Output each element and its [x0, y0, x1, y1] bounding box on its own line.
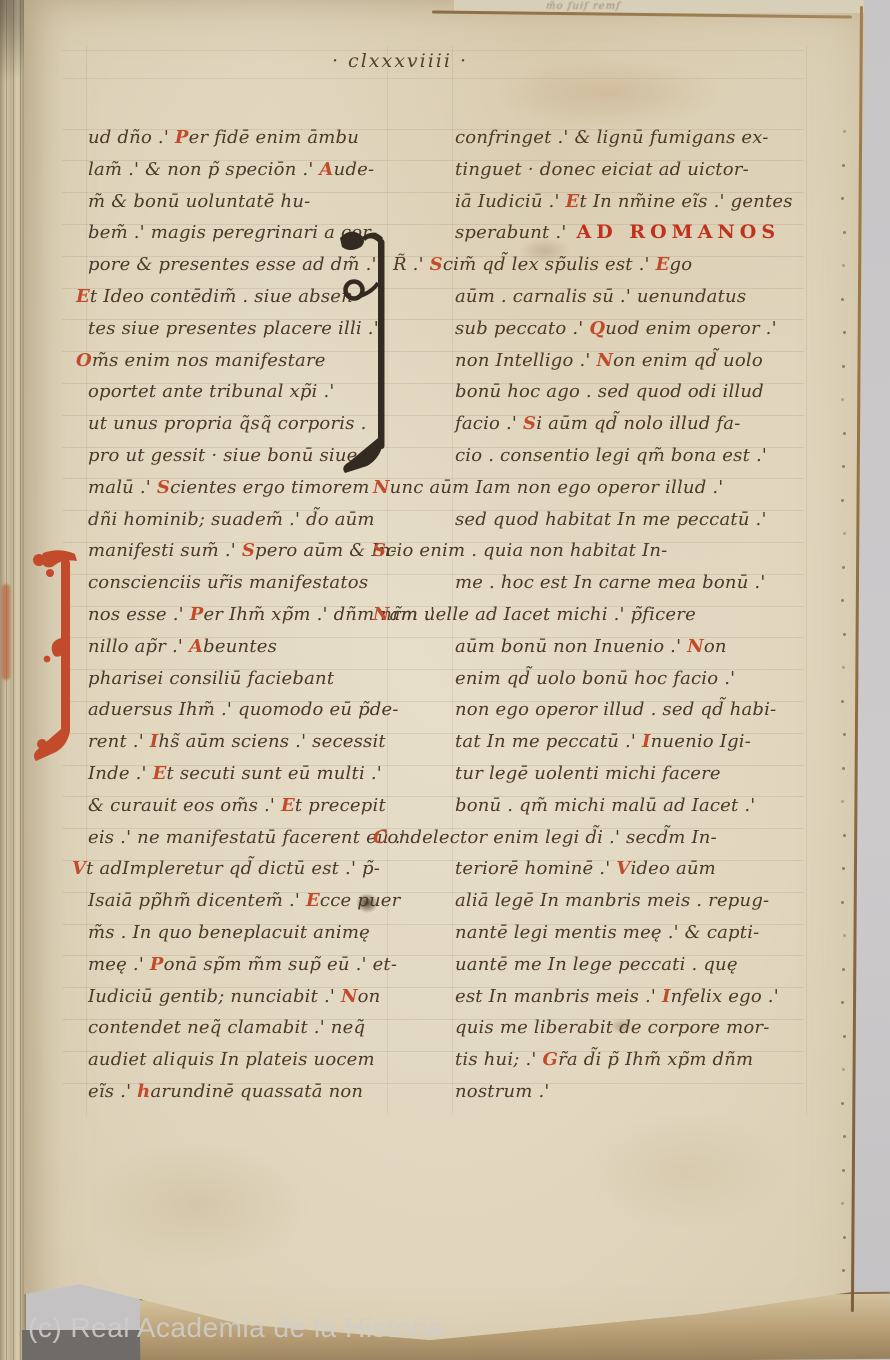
red-initial: h — [137, 1081, 150, 1102]
red-initial: S — [430, 254, 443, 275]
page-edge-seam — [6, 0, 7, 1360]
line-text: quis me liberabit de corpore mor- — [455, 1017, 769, 1038]
line-text: sed quod habitat In me peccatū .' — [455, 509, 767, 530]
line-text: on — [358, 986, 381, 1007]
line-text: rent .' — [88, 731, 150, 752]
book-page-edges — [0, 0, 26, 1360]
red-initial: P — [190, 604, 204, 625]
red-initial: S — [523, 413, 536, 434]
line-text: lam̃ .' & non p̃ speciōn .' — [88, 159, 319, 180]
line-text: conscienciis ur̃is manifestatos — [88, 572, 368, 593]
decorated-initial-dark-gutter — [336, 226, 398, 476]
line-text: pore & presentes esse ad dm̃ .' — [88, 254, 377, 275]
manuscript-line: meę .' Ponā sp̃m m̃m sup̃ eū .' et- — [88, 949, 388, 981]
manuscript-line: tis hui; .' Gr̃a d̃i p̃ Ihm̃ xp̃m dñm — [455, 1044, 807, 1076]
red-initial: E — [566, 191, 580, 212]
line-text: non ego operor illud . sed qd̃ habi- — [455, 699, 776, 720]
manuscript-line: est In manbris meis .' Infelix ego .' — [455, 981, 807, 1013]
manuscript-line: cio . consentio legi qm̃ bona est .' — [455, 440, 807, 472]
line-text: t In nm̃ine eĩs .' gentes — [579, 191, 792, 212]
line-text: cio . consentio legi qm̃ bona est .' — [455, 445, 767, 466]
stain — [579, 1110, 789, 1230]
manuscript-line: aliā legē In manbris meis . repug- — [455, 885, 807, 917]
manuscript-scan: m̃o ſuiſ remſ · clxxxviiii · ud dño .' P… — [0, 0, 890, 1360]
line-text: R̃ .' — [393, 254, 430, 275]
red-initial: E — [153, 763, 167, 784]
manuscript-line: contendet neq̃ clamabit .' neq̃ — [88, 1012, 388, 1044]
manuscript-line: sub peccato .' Quod enim operor .' — [455, 313, 807, 345]
manuscript-line: teriorē hominē .' Video aūm — [455, 853, 807, 885]
line-text: tis hui; .' — [455, 1049, 542, 1070]
line-text: pharisei consiliū faciebant — [88, 668, 334, 689]
line-text: sub peccato .' — [455, 318, 589, 339]
line-text: nuenio Igi- — [651, 731, 751, 752]
red-initial: E — [281, 795, 295, 816]
manuscript-line: m̃s . In quo beneplacuit animę — [88, 917, 388, 949]
manuscript-line: audiet aliquis In plateis uocem — [88, 1044, 388, 1076]
red-initial: C — [373, 827, 388, 848]
line-text: unc aūm Iam non ego operor illud .' — [390, 477, 724, 498]
line-text: bonū hoc ago . sed quod odi illud — [455, 381, 764, 402]
manuscript-line: m̃ & bonū uoluntatē hu- — [88, 186, 388, 218]
line-text: cientes ergo timorem — [170, 477, 370, 498]
watermark: (c) Real Academia de la Historia — [28, 1312, 444, 1344]
manuscript-line: uantē me In lege peccati . quę — [455, 949, 807, 981]
line-text: hs̃ aūm sciens .' secessit — [158, 731, 385, 752]
red-initial: N — [596, 350, 613, 371]
page-edge-seam — [13, 0, 14, 1360]
line-text: bem̃ .' magis peregrinari a cor- — [88, 222, 377, 243]
manuscript-line: Vt adImpleretur qd̃ dictū est .' p̃- — [72, 853, 388, 885]
line-text: Inde .' — [88, 763, 153, 784]
line-text: pro ut gessit · siue bonū siue — [88, 445, 358, 466]
line-text: meę .' — [88, 954, 150, 975]
page-edge-seam — [20, 0, 21, 1360]
manuscript-line: enim qd̃ uolo bonū hoc facio .' — [455, 663, 807, 695]
line-text: on enim qd̃ uolo — [613, 350, 763, 371]
manuscript-line: malū .' Scientes ergo timorem — [88, 472, 388, 504]
line-text: tur legē uolenti michi facere — [455, 763, 721, 784]
folio-number: · clxxxviiii · — [280, 50, 520, 72]
manuscript-line: rent .' Ihs̃ aūm sciens .' secessit — [88, 726, 388, 758]
line-text: dñi hominib; suadem̃ .' d̃o aūm — [88, 509, 375, 530]
line-text: Iudiciū gentib; nunciabit .' — [88, 986, 341, 1007]
red-initial: G — [542, 1049, 558, 1070]
line-text: audiet aliquis In plateis uocem — [88, 1049, 375, 1070]
line-text: sperabunt .' — [455, 222, 566, 243]
rubric-title: AD ROMANOS — [576, 221, 780, 243]
line-text: onā sp̃m m̃m sup̃ eū .' et- — [164, 954, 398, 975]
line-text: teriorē hominē .' — [455, 858, 616, 879]
line-text: facio .' — [455, 413, 523, 434]
red-initial: P — [150, 954, 164, 975]
line-text: cim̃ qd̃ lex sp̃ulis est .' — [443, 254, 656, 275]
line-text: uantē me In lege peccati . quę — [455, 954, 738, 975]
right-text-column: confringet .' & lignū fumigans ex-tingue… — [455, 122, 807, 1108]
line-text: manifesti sum̃ .' — [88, 540, 242, 561]
manuscript-line: lam̃ .' & non p̃ speciōn .' Aude- — [88, 154, 388, 186]
line-text: on — [704, 636, 727, 657]
manuscript-line: Iudiciū gentib; nunciabit .' Non — [88, 981, 388, 1013]
line-text: aduersus Ihm̃ .' quomodo eū p̃de- — [88, 699, 399, 720]
manuscript-line: bonū hoc ago . sed quod odi illud — [455, 376, 807, 408]
red-initial: N — [687, 636, 704, 657]
manuscript-line: quis me liberabit de corpore mor- — [455, 1012, 807, 1044]
line-text: iā Iudiciū .' — [455, 191, 566, 212]
line-text: nostrum .' — [455, 1081, 550, 1102]
line-text: beuntes — [203, 636, 277, 657]
manuscript-line: dñi hominib; suadem̃ .' d̃o aūm — [88, 504, 388, 536]
line-text: est In manbris meis .' — [455, 986, 662, 1007]
manuscript-line: Nam uelle ad Iacet michi .' p̃ficere — [373, 599, 807, 631]
manuscript-line: nantē legi mentis meę .' & capti- — [455, 917, 807, 949]
line-text: ondelector enim legi d̃i .' secd̃m In- — [388, 827, 717, 848]
manuscript-line: iā Iudiciū .' Et In nm̃ine eĩs .' gentes — [455, 186, 807, 218]
manuscript-line: aūm . carnalis sū .' uenundatus — [455, 281, 807, 313]
red-initial: E — [76, 286, 90, 307]
line-text: confringet .' & lignū fumigans ex- — [455, 127, 769, 148]
line-text: t Ideo contēdim̃ . siue absen- — [90, 286, 359, 307]
manuscript-line: facio .' Si aūm qd̃ nolo illud fa- — [455, 408, 807, 440]
line-text: m̃ & bonū uoluntatē hu- — [88, 191, 310, 212]
line-text: eĩs .' — [88, 1081, 137, 1102]
stain — [82, 1140, 312, 1270]
red-initial: N — [373, 604, 390, 625]
line-text: r̃a d̃i p̃ Ihm̃ xp̃m dñm — [558, 1049, 753, 1070]
manuscript-line: manifesti sum̃ .' Spero aūm & In- — [88, 535, 388, 567]
manuscript-line: nos esse .' Per Ihm̃ xp̃m .' dñm nr̃m .' — [88, 599, 388, 631]
line-text: cio enim . quia non habitat In- — [386, 540, 667, 561]
line-text: aūm . carnalis sū .' uenundatus — [455, 286, 746, 307]
red-initial: S — [157, 477, 170, 498]
line-text: ut unus propria q̃sq̃ corporis . — [88, 413, 367, 434]
line-text: nos esse .' — [88, 604, 190, 625]
manuscript-line: non ego operor illud . sed qd̃ habi- — [455, 694, 807, 726]
manuscript-line: ud dño .' Per fidē enim āmbu — [88, 122, 388, 154]
red-initial: E — [656, 254, 670, 275]
line-text: m̃s . In quo beneplacuit animę — [88, 922, 370, 943]
line-text: me . hoc est In carne mea bonū .' — [455, 572, 765, 593]
line-text: go — [670, 254, 693, 275]
facing-page-initial-showthrough — [2, 584, 10, 680]
red-initial: Q — [589, 318, 605, 339]
red-initial: O — [76, 350, 92, 371]
line-text: nantē legi mentis meę .' & capti- — [455, 922, 759, 943]
line-text: malū .' — [88, 477, 157, 498]
line-text: tinguet · donec eiciat ad uictor- — [455, 159, 749, 180]
red-initial: A — [319, 159, 333, 180]
manuscript-line: bonū . qm̃ michi malū ad Iacet .' — [455, 790, 807, 822]
manuscript-line: sed quod habitat In me peccatū .' — [455, 504, 807, 536]
line-text: nfelix ego .' — [671, 986, 779, 1007]
line-text: Isaiā pp̃hm̃ dicentem̃ .' — [88, 890, 306, 911]
line-text: er fidē enim āmbu — [189, 127, 359, 148]
red-initial: I — [642, 731, 651, 752]
line-text: nillo ap̃r .' — [88, 636, 189, 657]
line-text: & curauit eos om̃s .' — [88, 795, 281, 816]
red-initial: I — [662, 986, 671, 1007]
manuscript-line: confringet .' & lignū fumigans ex- — [455, 122, 807, 154]
manuscript-line: eĩs .' harundinē quassatā non — [88, 1076, 388, 1108]
line-text: enim qd̃ uolo bonū hoc facio .' — [455, 668, 735, 689]
line-text: t precepit — [295, 795, 386, 816]
line-text: i aūm qd̃ nolo illud fa- — [536, 413, 740, 434]
line-text: contendet neq̃ clamabit .' neq̃ — [88, 1017, 365, 1038]
manuscript-line: Isaiā pp̃hm̃ dicentem̃ .' Ecce puer — [88, 885, 388, 917]
manuscript-line: tur legē uolenti michi facere — [455, 758, 807, 790]
line-text: eis .' ne manifestatū facerent eū .' — [88, 827, 406, 848]
red-initial: P — [175, 127, 189, 148]
red-initial: E — [306, 890, 320, 911]
red-initial: A — [189, 636, 203, 657]
line-text: oportet ante tribunal xp̃i .' — [88, 381, 335, 402]
line-text: aliā legē In manbris meis . repug- — [455, 890, 769, 911]
red-initial: S — [242, 540, 255, 561]
line-text: ud dño .' — [88, 127, 175, 148]
manuscript-line: Condelector enim legi d̃i .' secd̃m In- — [373, 822, 807, 854]
manuscript-line: nillo ap̃r .' Abeuntes — [88, 631, 388, 663]
red-initial: V — [616, 858, 630, 879]
stain — [494, 58, 724, 128]
line-text: t secuti sunt eū multi .' — [167, 763, 382, 784]
line-text: bonū . qm̃ michi malū ad Iacet .' — [455, 795, 755, 816]
line-text: non Intelligo .' — [455, 350, 596, 371]
manuscript-line: nostrum .' — [455, 1076, 807, 1108]
manuscript-line: aduersus Ihm̃ .' quomodo eū p̃de- — [88, 694, 388, 726]
decorated-initial-red-I — [30, 546, 82, 766]
line-text: ude- — [334, 159, 375, 180]
manuscript-line: me . hoc est In carne mea bonū .' — [455, 567, 807, 599]
manuscript-line: tinguet · donec eiciat ad uictor- — [455, 154, 807, 186]
line-text: tat In me peccatū .' — [455, 731, 642, 752]
line-text: t adImpleretur qd̃ dictū est .' p̃- — [86, 858, 380, 879]
manuscript-line: & curauit eos om̃s .' Et precepit — [88, 790, 388, 822]
manuscript-line: non Intelligo .' Non enim qd̃ uolo — [455, 345, 807, 377]
manuscript-line: R̃ .' Scim̃ qd̃ lex sp̃ulis est .' Ego — [393, 249, 807, 281]
manuscript-line: sperabunt .'AD ROMANOS — [455, 217, 807, 249]
manuscript-line: Inde .' Et secuti sunt eū multi .' — [88, 758, 388, 790]
red-initial: N — [373, 477, 390, 498]
manuscript-line: eis .' ne manifestatū facerent eū .' — [88, 822, 388, 854]
line-text: aūm bonū non Inuenio .' — [455, 636, 687, 657]
manuscript-line: aūm bonū non Inuenio .' Non — [455, 631, 807, 663]
red-initial: N — [341, 986, 358, 1007]
line-text: uod enim operor .' — [605, 318, 777, 339]
line-text: m̃s enim nos manifestare — [92, 350, 326, 371]
top-marginalia: m̃o ſuiſ remſ — [545, 1, 706, 12]
manuscript-line: conscienciis ur̃is manifestatos — [88, 567, 388, 599]
manuscript-line: Scio enim . quia non habitat In- — [373, 535, 807, 567]
manuscript-line: pharisei consiliū faciebant — [88, 663, 388, 695]
line-text: cce puer — [320, 890, 401, 911]
line-text: arundinē quassatā non — [150, 1081, 363, 1102]
manuscript-line: Nunc aūm Iam non ego operor illud .' — [373, 472, 807, 504]
red-initial: S — [373, 540, 386, 561]
line-text: ideo aūm — [630, 858, 715, 879]
red-initial: V — [72, 858, 86, 879]
line-text: am uelle ad Iacet michi .' p̃ficere — [390, 604, 696, 625]
manuscript-line: tat In me peccatū .' Inuenio Igi- — [455, 726, 807, 758]
